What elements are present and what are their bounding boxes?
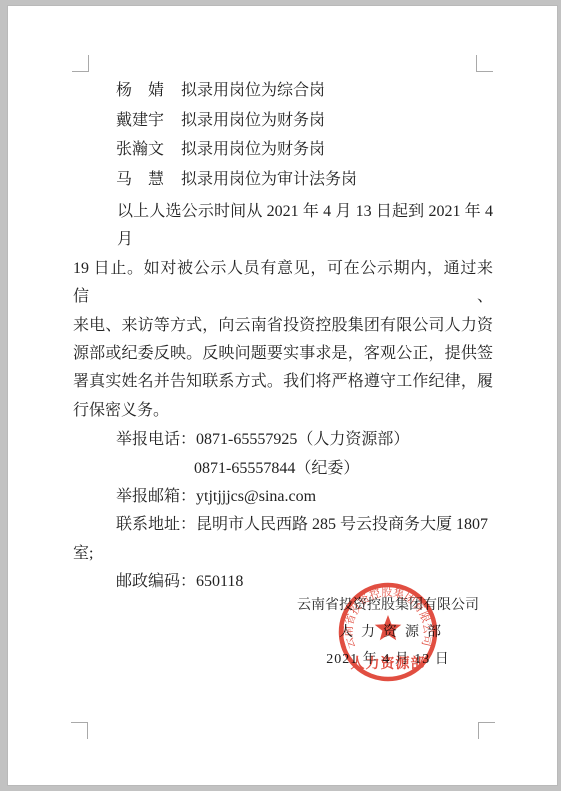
appointee-position: 拟录用岗位为审计法务岗: [181, 171, 357, 188]
margin-mark-bottom-left: [71, 722, 88, 739]
margin-mark-top-left: [72, 55, 89, 72]
document-viewer-background: { "seal_color": "#dd3526", "document": {…: [0, 0, 561, 791]
appointment-row: 戴建宇拟录用岗位为财务岗: [73, 106, 493, 136]
paragraph-line: 源部或纪委反映。反映问题要实事求是，客观公正，提供签: [73, 340, 493, 368]
appointee-name: 戴建宇: [116, 106, 164, 136]
appointment-row: 马 慧拟录用岗位为审计法务岗: [73, 165, 493, 195]
contact-address-line: 联系地址：昆明市人民西路 285 号云投商务大厦 1807: [73, 511, 493, 539]
paragraph-line: 19 日止。如对被公示人员有意见，可在公示期内，通过来信、: [73, 255, 493, 312]
report-phone-line-2: 0871-65557844（纪委）: [73, 455, 493, 483]
appointee-name: 杨 婧: [116, 76, 164, 106]
margin-mark-top-right: [476, 55, 493, 72]
margin-mark-bottom-right: [478, 722, 495, 739]
paragraph-line: 来电、来访等方式，向云南省投资控股集团有限公司人力资: [73, 312, 493, 340]
report-email-line: 举报邮箱：ytjtjjjcs@sina.com: [73, 483, 493, 511]
signature-date: 2021 年 4 月 13 日: [288, 646, 488, 673]
notice-paragraph: 以上人选公示时间从 2021 年 4 月 13 日起到 2021 年 4 月 1…: [73, 198, 493, 425]
contact-address-continuation: 室;: [73, 540, 493, 568]
document-page: 杨 婧拟录用岗位为综合岗 戴建宇拟录用岗位为财务岗 张瀚文拟录用岗位为财务岗 马…: [7, 5, 558, 786]
appointee-position: 拟录用岗位为财务岗: [181, 141, 325, 158]
appointment-row: 杨 婧拟录用岗位为综合岗: [73, 76, 493, 106]
paragraph-line: 署真实姓名并告知联系方式。我们将严格遵守工作纪律，履: [73, 368, 493, 396]
appointee-position: 拟录用岗位为综合岗: [181, 82, 325, 99]
appointment-row: 张瀚文拟录用岗位为财务岗: [73, 135, 493, 165]
appointee-position: 拟录用岗位为财务岗: [181, 112, 325, 129]
paragraph-line: 以上人选公示时间从 2021 年 4 月 13 日起到 2021 年 4 月: [73, 198, 493, 255]
appointee-name: 马 慧: [116, 165, 164, 195]
signature-company-name: 云南省投资控股集团有限公司: [288, 592, 488, 619]
appointee-name: 张瀚文: [116, 135, 164, 165]
signature-department: 人力资源部: [288, 619, 488, 646]
report-phone-line: 举报电话：0871-65557925（人力资源部）: [73, 426, 493, 454]
contact-info-block: 举报电话：0871-65557925（人力资源部） 0871-65557844（…: [73, 426, 493, 596]
document-body: 杨 婧拟录用岗位为综合岗 戴建宇拟录用岗位为财务岗 张瀚文拟录用岗位为财务岗 马…: [73, 76, 493, 597]
paragraph-line: 行保密义务。: [73, 397, 493, 425]
signature-block: 云南省投资控股集团有限公司 人力资源部 2021 年 4 月 13 日: [288, 592, 488, 673]
